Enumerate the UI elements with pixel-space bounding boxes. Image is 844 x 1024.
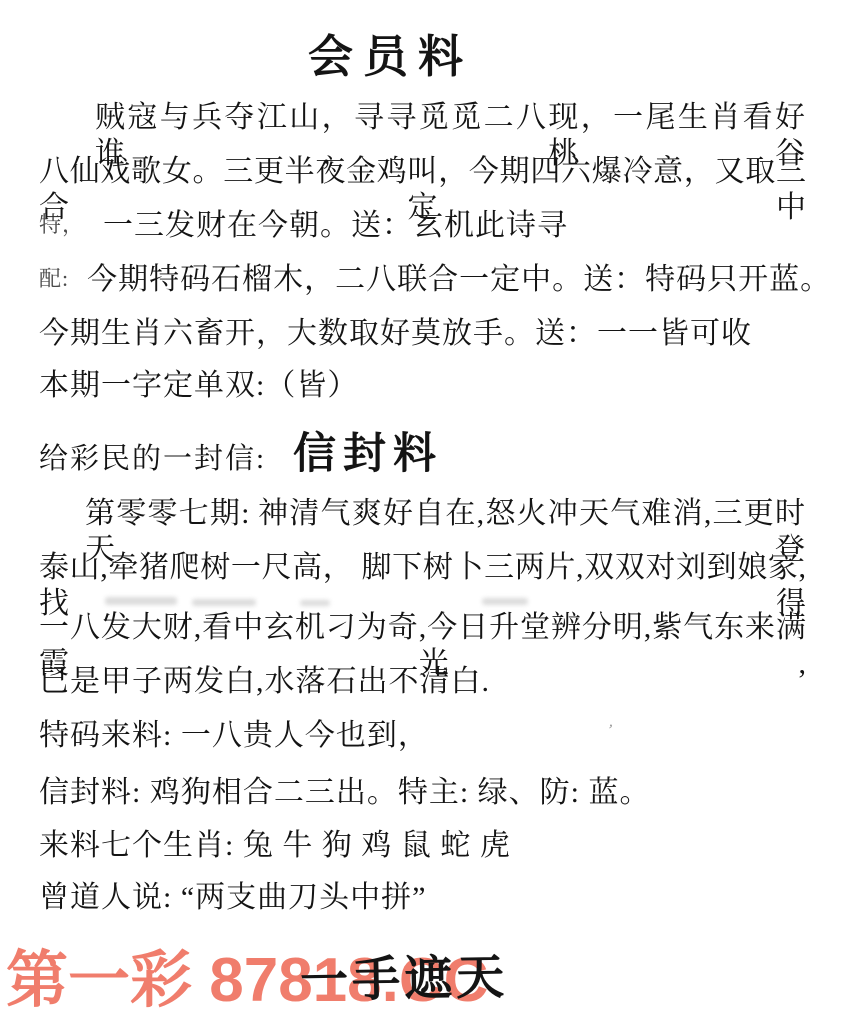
envelope-section-title: 信封料 [293,420,443,481]
envelope-intro-label: 给彩民的一封信: [39,436,266,477]
watermark-overlay-text: 一手遮天 [299,938,508,1011]
te-prefix: 特， [39,207,85,243]
envelope-tema-line: 特码来料: 一八贵人今也到， [39,718,429,754]
footer-watermark: 第一彩 87818.CC 一手遮天 [6,930,844,1020]
scan-smudge [482,598,528,605]
envelope-zengdaoren-line: 曾道人说: “两支曲刀头中拼” [39,880,426,916]
scan-tick-mark: ’ [605,722,614,741]
member-shengxiao-line: 今期生肖六畜开，大数取好莫放手。送：一一皆可收 [39,316,752,352]
envelope-xinfeng-line: 信封料: 鸡狗相合二三出。特主: 绿、防: 蓝。 [39,775,651,811]
member-pei-line: 配:今期特码石榴木，二八联合一定中。送：特码只开蓝。 [39,262,831,300]
member-te-line: 特，一三发财在今朝。送：玄机此诗寻 [39,208,568,246]
envelope-paragraph-line-4: 已是甲子两发白,水落石出不清白. [39,664,490,700]
scan-smudge [105,597,177,605]
scanned-document-page: 会员料 贼寇与兵夺江山，寻寻觅觅二八现，一尾生肖看好谁，桃谷 八仙戏歌女。三更半… [0,0,844,1024]
pei-prefix: 配: [39,261,69,297]
member-danshuang-line: 本期一字定单双:（皆） [39,368,358,404]
pei-text: 今期特码石榴木，二八联合一定中。送：特码只开蓝。 [87,263,831,296]
scan-smudge [192,599,256,606]
te-text: 一三发财在今朝。送：玄机此诗寻 [103,209,568,242]
page-title: 会员料 [308,20,473,85]
envelope-qige-shengxiao-line: 来料七个生肖: 兔 牛 狗 鸡 鼠 蛇 虎 [39,828,511,864]
scan-smudge [300,600,330,606]
